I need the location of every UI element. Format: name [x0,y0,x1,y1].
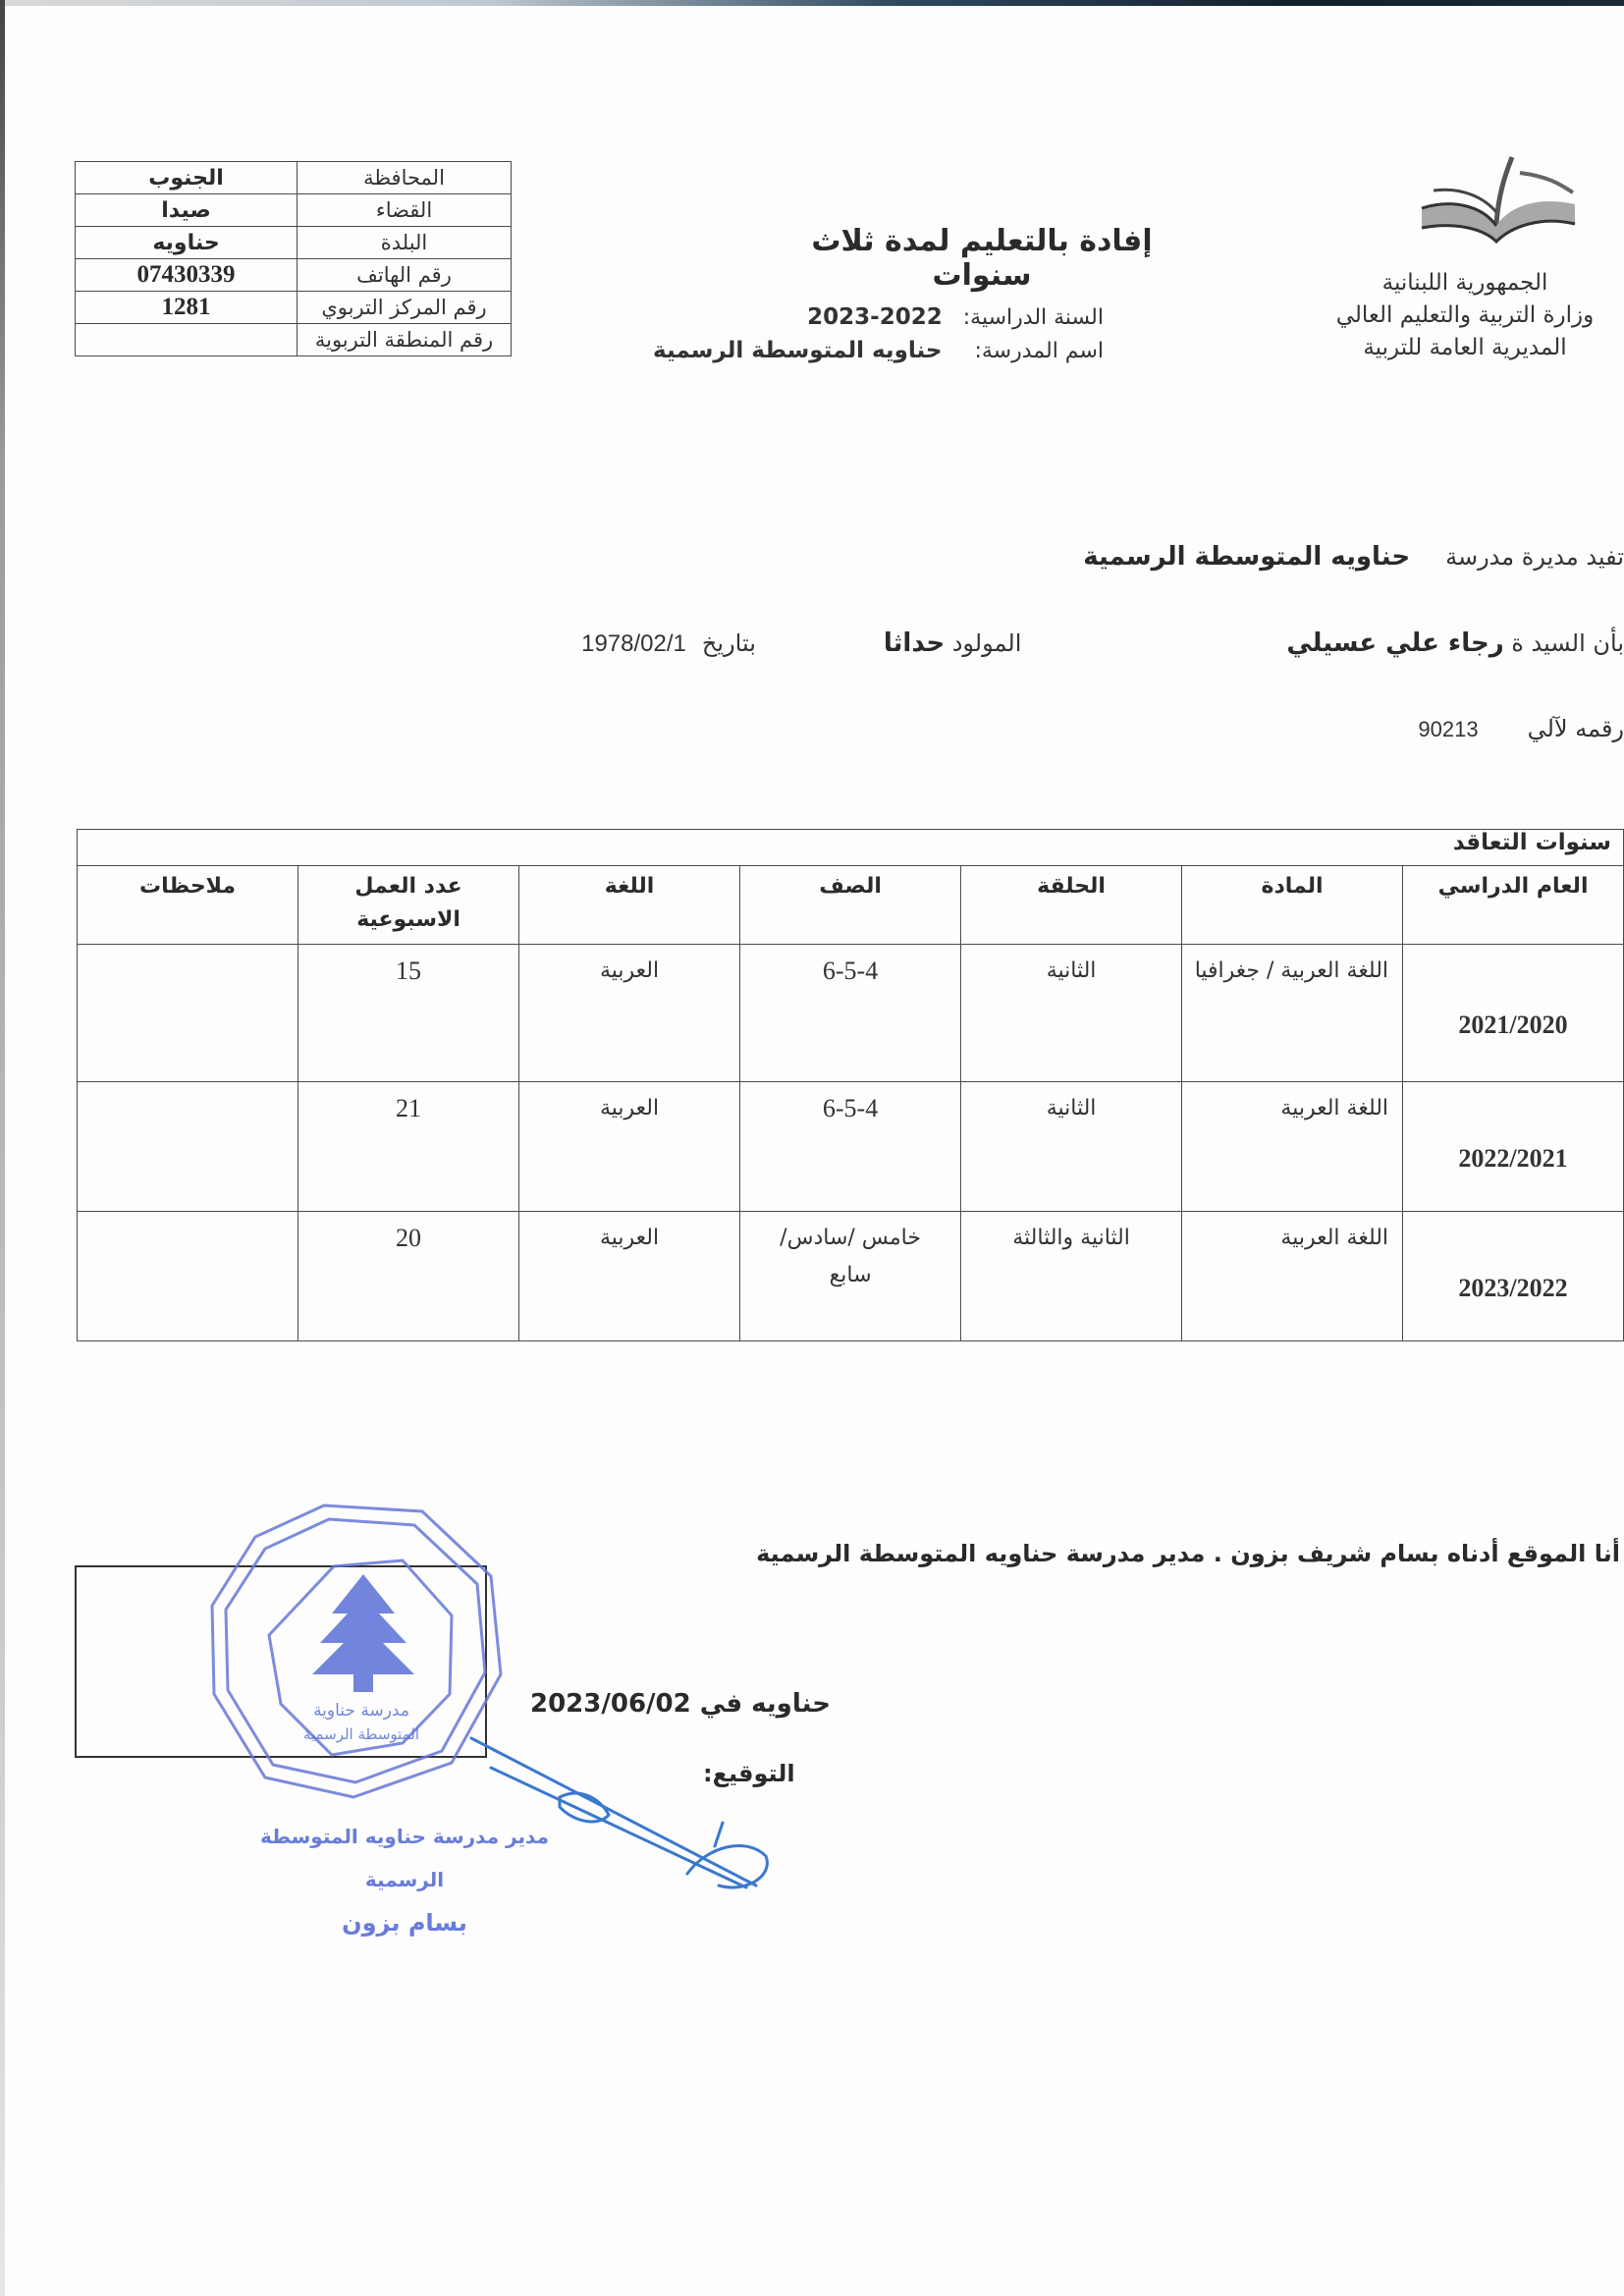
col-language: اللغة [519,866,740,945]
scan-edge-top [0,0,1624,6]
info-value: حناويه [76,227,298,259]
body-line-id: رقمه لآلي90213 [1418,715,1624,742]
contract-years-heading: سنوات التعاقد [78,830,1624,866]
ministry-name: وزارة التربية والتعليم العالي [1327,300,1602,332]
table-row: 2023/2022 اللغة العربية الثانية والثالثة… [78,1212,1624,1341]
body-line-person: بأن السيد ة رجاء علي عسيليالمولود حداثاب… [581,629,1624,658]
info-label: القضاء [298,194,512,227]
cell-grade: 6-5-4 [740,1082,961,1212]
place-date: حناويه في 2023/06/02 [530,1689,831,1719]
academic-year-value: 2023-2022 [807,304,943,330]
academic-year-label: السنة الدراسية: [963,305,1104,330]
col-weekly-hours: عدد العمل الاسبوعية [298,866,519,945]
body-line-school: تفيد مديرة مدرسةحناويه المتوسطة الرسمية [1083,542,1624,572]
school-name-label: اسم المدرسة: [974,339,1104,363]
cell-language: العربية [519,1212,740,1341]
cell-subject: اللغة العربية [1182,1212,1403,1341]
line2-prefix: بأن السيد ة [1511,629,1624,657]
line2-name: رجاء علي عسيلي [1286,629,1503,658]
info-row: رقم المركز التربوي1281 [76,292,512,324]
col-grade: الصف [740,866,961,945]
stamp-name-person: بسام بزون [257,1901,552,1944]
cell-grade: خامس /سادس/ سابع [740,1212,961,1341]
birth-date: 1978/02/1 [581,630,686,657]
cell-notes [78,1082,298,1212]
cell-grade: 6-5-4 [740,945,961,1082]
col-cycle: الحلقة [961,866,1182,945]
school-name-row: اسم المدرسة: حناويه المتوسطة الرسمية [653,338,1104,363]
cell-weekly-hours: 21 [298,1082,519,1212]
cell-language: العربية [519,1082,740,1212]
id-label: رقمه لآلي [1528,715,1624,742]
cell-notes [78,945,298,1082]
id-value: 90213 [1418,717,1478,741]
cell-cycle: الثانية [961,945,1182,1082]
info-row: القضاءصيدا [76,194,512,227]
school-info-table: المحافظةالجنوب القضاءصيدا البلدةحناويه ر… [75,161,512,356]
info-value: 1281 [76,292,298,324]
info-label: المحافظة [298,162,512,194]
cell-cycle: الثانية [961,1082,1182,1212]
col-notes: ملاحظات [78,866,298,945]
line1-prefix: تفيد مديرة مدرسة [1445,543,1624,571]
table-row: 2021/2020 اللغة العربية / جغرافيا الثاني… [78,945,1624,1082]
document-title: إفادة بالتعليم لمدة ثلاث سنوات [805,224,1159,293]
info-value: صيدا [76,194,298,227]
republic-name: الجمهورية اللبنانية [1327,267,1602,300]
date-label: بتاريخ [702,629,756,657]
cell-weekly-hours: 20 [298,1212,519,1341]
column-headers: العام الدراسي المادة الحلقة الصف اللغة ع… [78,866,1624,945]
col-academic-year: العام الدراسي [1403,866,1624,945]
cell-weekly-hours: 15 [298,945,519,1082]
table-row: 2022/2021 اللغة العربية الثانية 6-5-4 ال… [78,1082,1624,1212]
info-label: البلدة [298,227,512,259]
born-place: حداثا [884,629,945,658]
info-row: رقم المنطقة التربوية [76,324,512,356]
info-value: الجنوب [76,162,298,194]
cell-language: العربية [519,945,740,1082]
declaration-line: أنا الموقع أدناه بسام شريف بزون . مدير م… [756,1540,1620,1567]
info-value: 07430339 [76,259,298,292]
contract-years-table: سنوات التعاقد العام الدراسي المادة الحلق… [77,829,1624,1341]
info-label: رقم الهاتف [298,259,512,292]
school-name-value: حناويه المتوسطة الرسمية [653,338,942,363]
info-row: رقم الهاتف07430339 [76,259,512,292]
svg-text:مدرسة حناوية: مدرسة حناوية [313,1701,409,1721]
cell-subject: اللغة العربية / جغرافيا [1182,945,1403,1082]
directorate-name: المديرية العامة للتربية [1327,332,1602,364]
line1-school: حناويه المتوسطة الرسمية [1083,542,1410,572]
scan-edge-left [0,0,5,2296]
open-book-emblem-icon [1414,147,1581,255]
cell-year: 2021/2020 [1403,945,1624,1082]
government-header: الجمهورية اللبنانية وزارة التربية والتعل… [1327,267,1602,364]
academic-year-row: السنة الدراسية: 2023-2022 [807,304,1104,330]
info-row: المحافظةالجنوب [76,162,512,194]
info-value [76,324,298,356]
svg-text:المتوسطة الرسمية: المتوسطة الرسمية [303,1725,419,1743]
cell-year: 2022/2021 [1403,1082,1624,1212]
cell-notes [78,1212,298,1341]
born-label: المولود [952,629,1022,657]
stamp-name-title: مدير مدرسة حناويه المتوسطة الرسمية [257,1815,552,1901]
cell-cycle: الثانية والثالثة [961,1212,1182,1341]
info-row: البلدةحناويه [76,227,512,259]
stamp-name-block: مدير مدرسة حناويه المتوسطة الرسمية بسام … [257,1815,552,1944]
cell-year: 2023/2022 [1403,1212,1624,1341]
cell-subject: اللغة العربية [1182,1082,1403,1212]
col-subject: المادة [1182,866,1403,945]
info-label: رقم المركز التربوي [298,292,512,324]
info-label: رقم المنطقة التربوية [298,324,512,356]
